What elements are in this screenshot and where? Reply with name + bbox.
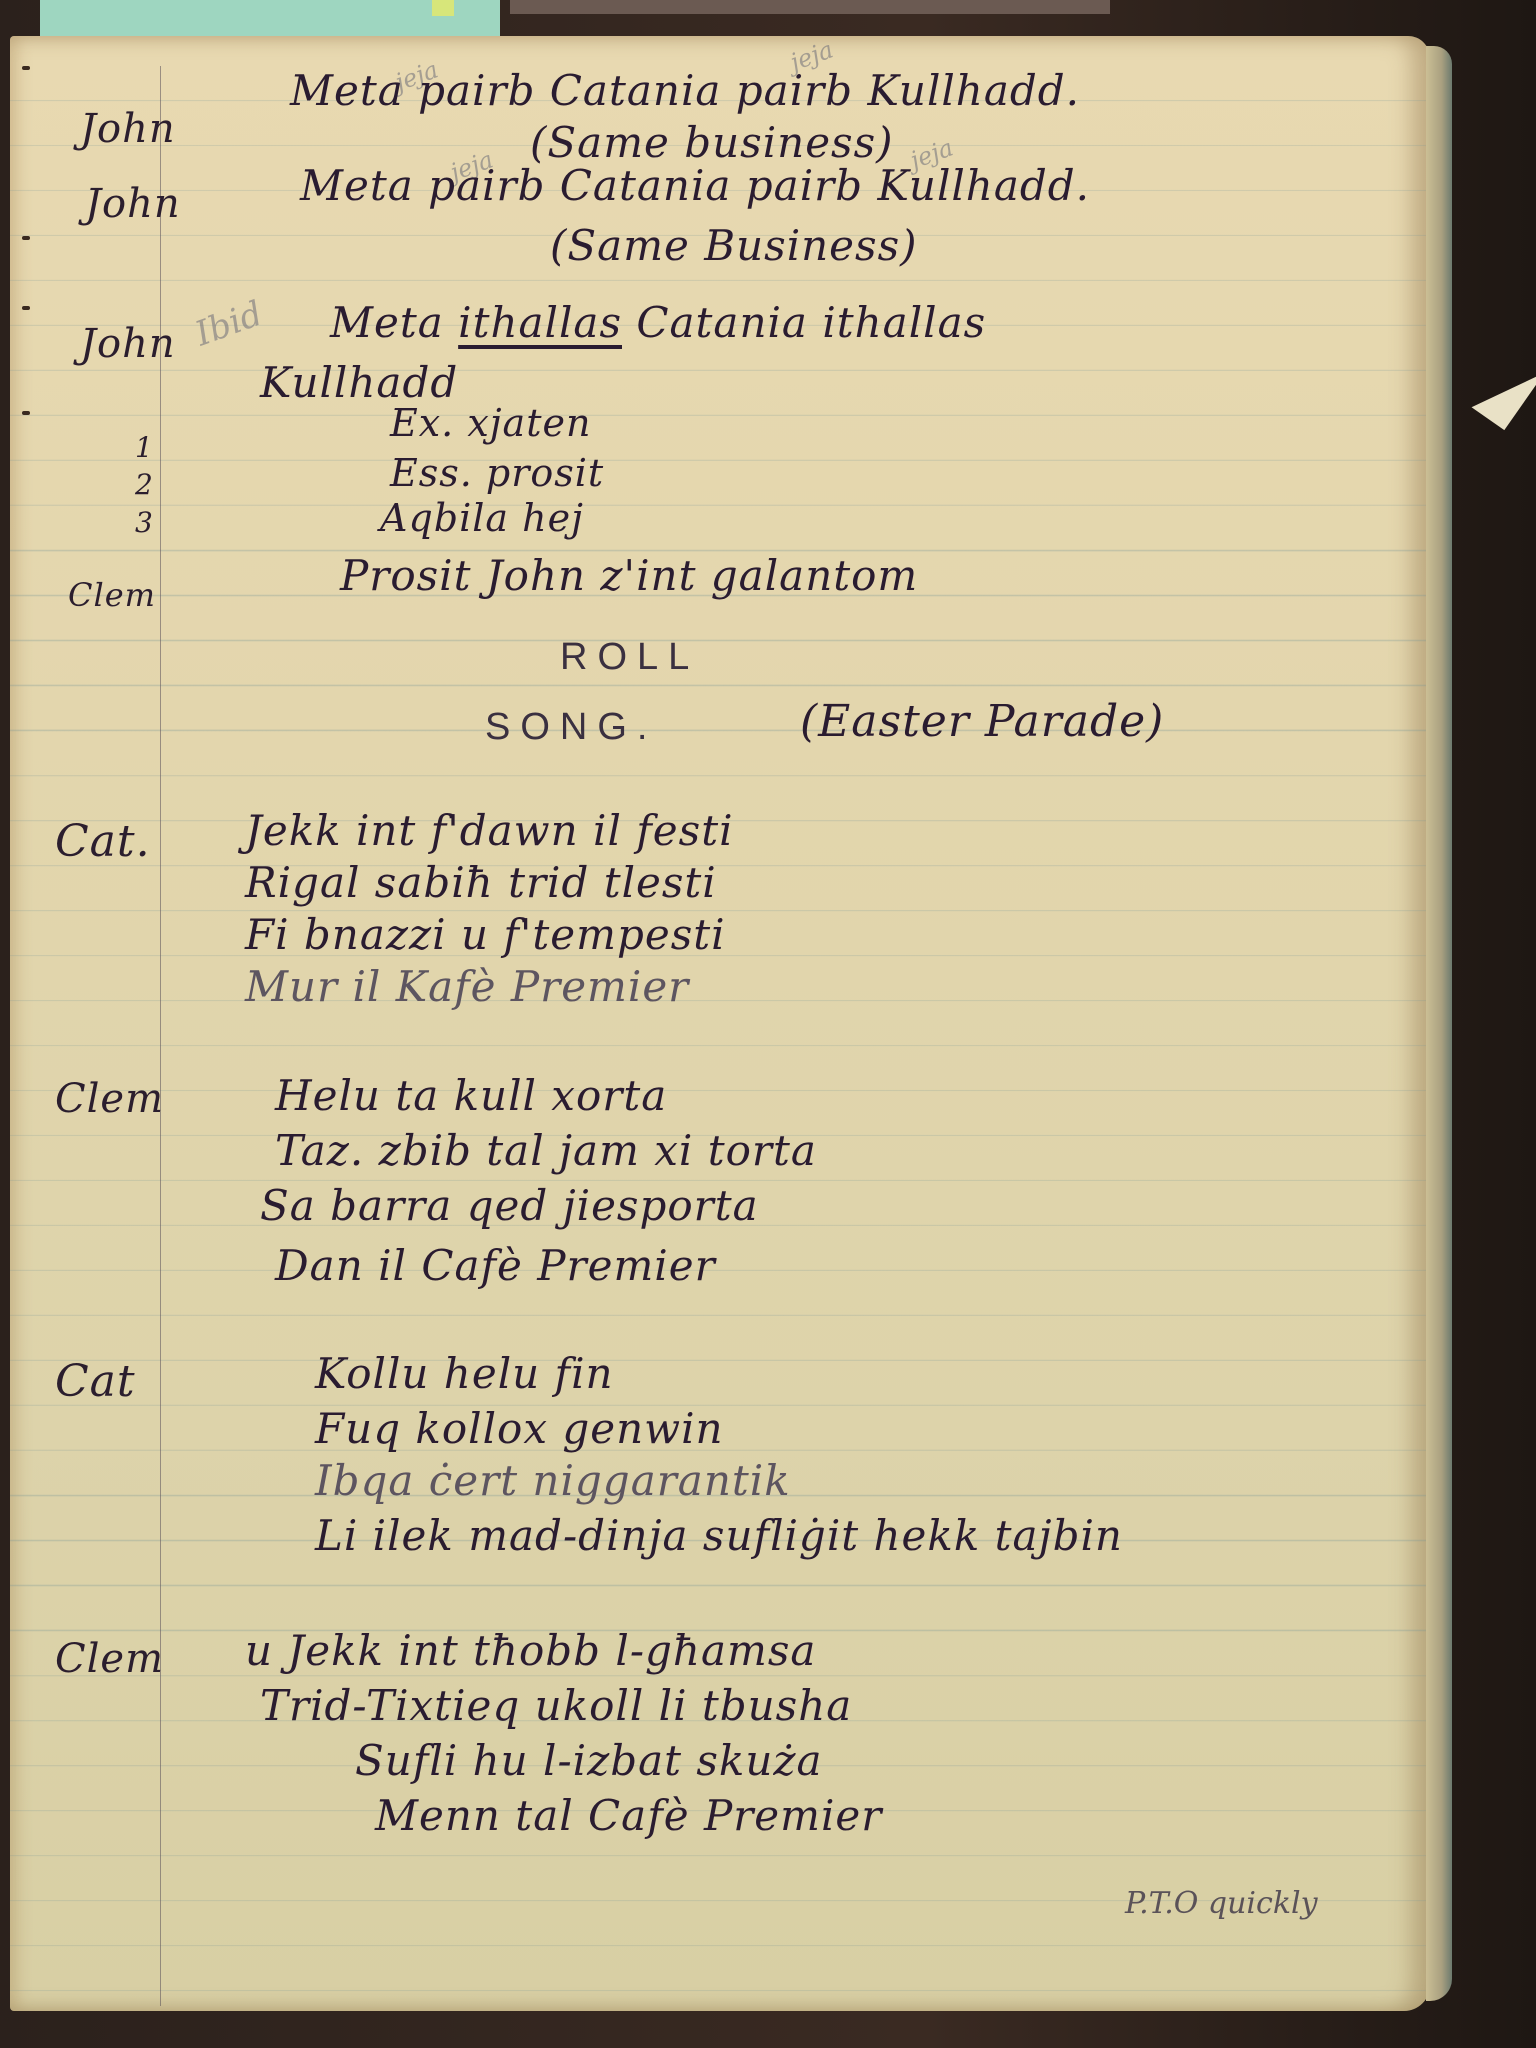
verse-line: u Jekk int tħobb l-għamsa bbox=[245, 1626, 816, 1675]
list-item: Ex. xjaten bbox=[390, 401, 591, 445]
verse-line: Fuq kollox genwin bbox=[315, 1404, 724, 1453]
list-number: 2 bbox=[135, 468, 154, 501]
background-object bbox=[510, 0, 1110, 14]
notebook-page: jeja jeja jeja jeja Ibid John Meta pairb… bbox=[10, 36, 1430, 2011]
verse-line: Trid-Tixtieq ukoll li tbusha bbox=[260, 1681, 852, 1730]
list-number: 3 bbox=[135, 506, 154, 539]
speaker-label: Cat. bbox=[55, 816, 151, 867]
verse-line: Sufli hu l-izbat skuża bbox=[355, 1736, 823, 1785]
verse-line: Fi bnazzi u f'tempesti bbox=[245, 910, 726, 959]
speaker-label: Clem bbox=[68, 576, 156, 614]
section-heading: ROLL bbox=[560, 636, 699, 679]
stage-direction: (Same Business) bbox=[550, 221, 918, 270]
teal-paper-strip bbox=[40, 0, 500, 40]
script-line: Prosit John z'int galantom bbox=[340, 551, 918, 600]
song-heading: SONG. bbox=[485, 706, 657, 749]
underlined-word: ithallas bbox=[458, 298, 622, 347]
verse-line: Taz. zbib tal jam xi torta bbox=[275, 1126, 817, 1175]
script-line: Meta pairb Catania pairb Kullhadd. bbox=[290, 66, 1080, 115]
song-tune: (Easter Parade) bbox=[800, 696, 1164, 747]
yellow-tab bbox=[432, 0, 454, 16]
verse-line: Menn tal Cafè Premier bbox=[375, 1791, 882, 1840]
script-line: Kullhadd bbox=[260, 358, 458, 407]
photo-scene: jeja jeja jeja jeja Ibid John Meta pairb… bbox=[0, 0, 1536, 2048]
pto-note: P.T.O quickly bbox=[1125, 1886, 1318, 1921]
paper-scrap bbox=[1472, 350, 1536, 430]
speaker-label: Clem bbox=[55, 1636, 164, 1682]
speaker-label: John bbox=[80, 106, 176, 152]
verse-line: Ibqa ċert niggarantik bbox=[315, 1456, 791, 1505]
script-line: Meta ithallas Catania ithallas bbox=[330, 298, 986, 347]
speaker-label: John bbox=[85, 181, 181, 227]
verse-line: Sa barra qed jiesporta bbox=[260, 1181, 759, 1230]
speaker-label: Clem bbox=[55, 1076, 164, 1122]
verse-line: Li ilek mad-dinja sufliġit hekk tajbin bbox=[315, 1511, 1123, 1560]
list-item: Aqbila hej bbox=[380, 496, 584, 540]
verse-line: Jekk int f'dawn il festi bbox=[245, 806, 734, 855]
script-line: Meta pairb Catania pairb Kullhadd. bbox=[300, 161, 1090, 210]
page-stack-edge bbox=[1426, 46, 1452, 2001]
list-number: 1 bbox=[135, 431, 154, 464]
verse-line: Rigal sabiħ trid tlesti bbox=[245, 858, 717, 907]
verse-line: Kollu helu fin bbox=[315, 1349, 614, 1398]
list-item: Ess. prosit bbox=[390, 451, 604, 495]
speaker-label: Cat bbox=[55, 1356, 136, 1407]
stage-direction: (Same business) bbox=[530, 118, 894, 167]
speaker-label: John bbox=[80, 321, 176, 367]
verse-line: Mur il Kafè Premier bbox=[245, 962, 689, 1011]
verse-line: Dan il Cafè Premier bbox=[275, 1241, 716, 1290]
verse-line: Helu ta kull xorta bbox=[275, 1071, 667, 1120]
